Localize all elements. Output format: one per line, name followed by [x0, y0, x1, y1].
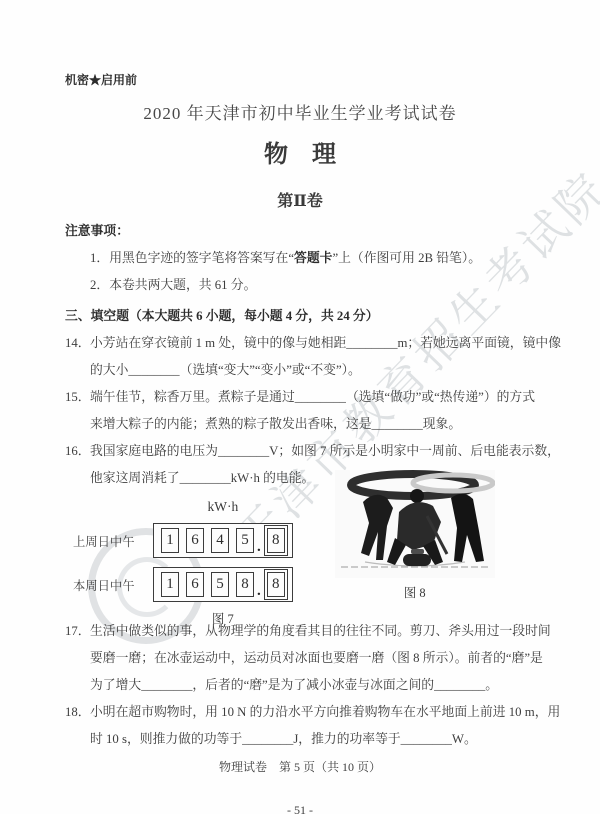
exam-title: 2020 年天津市初中毕业生学业考试试卷 [0, 99, 600, 124]
note-item-1: 1．用黑色字迹的签字笔将答案写在“答题卡”上（作图可用 2B 铅笔）。 [65, 245, 547, 272]
question-16-line-1: 16．我国家庭电路的电压为________V；如图 7 所示是小明家中一周前、后… [65, 438, 547, 465]
question-18-number: 18． [65, 699, 90, 726]
question-17-line-3: 为了增大________，后者的“磨”是为了减小冰壶与冰面之间的________… [65, 672, 547, 699]
note-item-2: 2．本卷共两大题，共 61 分。 [65, 272, 547, 299]
meter-decimal-digit: 8 [267, 528, 285, 553]
meter-digit: 6 [186, 528, 204, 553]
classification-label: 机密★启用前 [65, 71, 137, 88]
meter-decimal-point: . [257, 583, 261, 600]
footer-page-number: - 51 - [0, 803, 600, 814]
question-17-line-1: 17．生活中做类似的事，从物理学的角度看其目的往往不同。剪刀、斧头用过一段时间 [65, 618, 547, 645]
figure8-caption: 图 8 [404, 583, 426, 601]
question-15-number: 15． [65, 384, 90, 411]
meter-digit: 6 [186, 572, 204, 597]
meter-row1-display: 1 6 4 5 . 8 [153, 523, 293, 558]
exam-body: 注意事项： 1．用黑色字迹的签字笔将答案写在“答题卡”上（作图可用 2B 铅笔）… [65, 218, 547, 753]
curling-photo [335, 470, 495, 578]
meter-decimal-digit: 8 [267, 572, 285, 597]
footer-page-info: 物理试卷 第 5 页（共 10 页） [0, 758, 600, 775]
note-1-text-post: ”上（作图可用 2B 铅笔）。 [332, 251, 481, 265]
meter-digit: 4 [211, 528, 229, 553]
meter-decimal-point: . [257, 539, 261, 556]
figure7-energy-meter: kW·h 上周日中午 1 6 4 5 . 8 本周日中午 1 6 5 8 . [73, 500, 293, 625]
section-heading: 三、填空题（本大题共 6 小题，每小题 4 分，共 24 分） [65, 303, 547, 330]
meter-digit: 1 [161, 572, 179, 597]
note-1-text-pre: 1．用黑色字迹的签字笔将答案写在“ [90, 251, 294, 265]
question-18-text-1: 小明在超市购物时，用 10 N 的力沿水平方向推着购物车在水平地面上前进 10 … [90, 705, 560, 719]
meter-digit: 8 [236, 572, 254, 597]
question-18-line-1: 18．小明在超市购物时，用 10 N 的力沿水平方向推着购物车在水平地面上前进 … [65, 699, 547, 726]
subject-title: 物 理 [0, 134, 600, 169]
volume-heading: 第Ⅱ卷 [0, 188, 600, 211]
meter-digit: 5 [211, 572, 229, 597]
note-1-bold-term: 答题卡 [294, 251, 332, 265]
question-15-line-1: 15．端午佳节，粽香万里。煮粽子是通过________（选填“做功”或“热传递”… [65, 384, 547, 411]
meter-digit: 1 [161, 528, 179, 553]
meter-row2-display: 1 6 5 8 . 8 [153, 567, 293, 602]
figures-row: kW·h 上周日中午 1 6 4 5 . 8 本周日中午 1 6 5 8 . [65, 494, 547, 618]
question-14-line-2: 的大小________（选填“变大”“变小”或“不变”）。 [65, 357, 547, 384]
question-17-line-2: 要磨一磨；在冰壶运动中，运动员对冰面也要磨一磨（图 8 所示）。前者的“磨”是 [65, 645, 547, 672]
meter-row1-label: 上周日中午 [73, 532, 153, 550]
meter-unit-label: kW·h [153, 500, 293, 514]
question-14-text-1: 小芳站在穿衣镜前 1 m 处，镜中的像与她相距________m；若她远离平面镜… [90, 336, 561, 350]
meter-row2-label: 本周日中午 [73, 576, 153, 594]
exam-paper-page: 天津市教育招生考试院 机密★启用前 2020 年天津市初中毕业生学业考试试卷 物… [0, 0, 600, 814]
question-16-text-1: 我国家庭电路的电压为________V；如图 7 所示是小明家中一周前、后电能表… [90, 444, 560, 458]
question-17-number: 17． [65, 618, 90, 645]
question-17-text-1: 生活中做类似的事，从物理学的角度看其目的往往不同。剪刀、斧头用过一段时间 [90, 624, 551, 638]
question-15-text-1: 端午佳节，粽香万里。煮粽子是通过________（选填“做功”或“热传递”）的方… [90, 390, 535, 404]
question-16-number: 16． [65, 438, 90, 465]
meter-digit: 5 [236, 528, 254, 553]
question-14-line-1: 14．小芳站在穿衣镜前 1 m 处，镜中的像与她相距________m；若她远离… [65, 330, 547, 357]
question-14-number: 14． [65, 330, 90, 357]
question-15-line-2: 来增大粽子的内能；煮熟的粽子散发出香味，这是________现象。 [65, 411, 547, 438]
figure8-block: 图 8 [335, 470, 495, 601]
question-18-line-2: 时 10 s，则推力做的功等于________J，推力的功率等于________… [65, 726, 547, 753]
notes-heading: 注意事项： [65, 218, 547, 245]
